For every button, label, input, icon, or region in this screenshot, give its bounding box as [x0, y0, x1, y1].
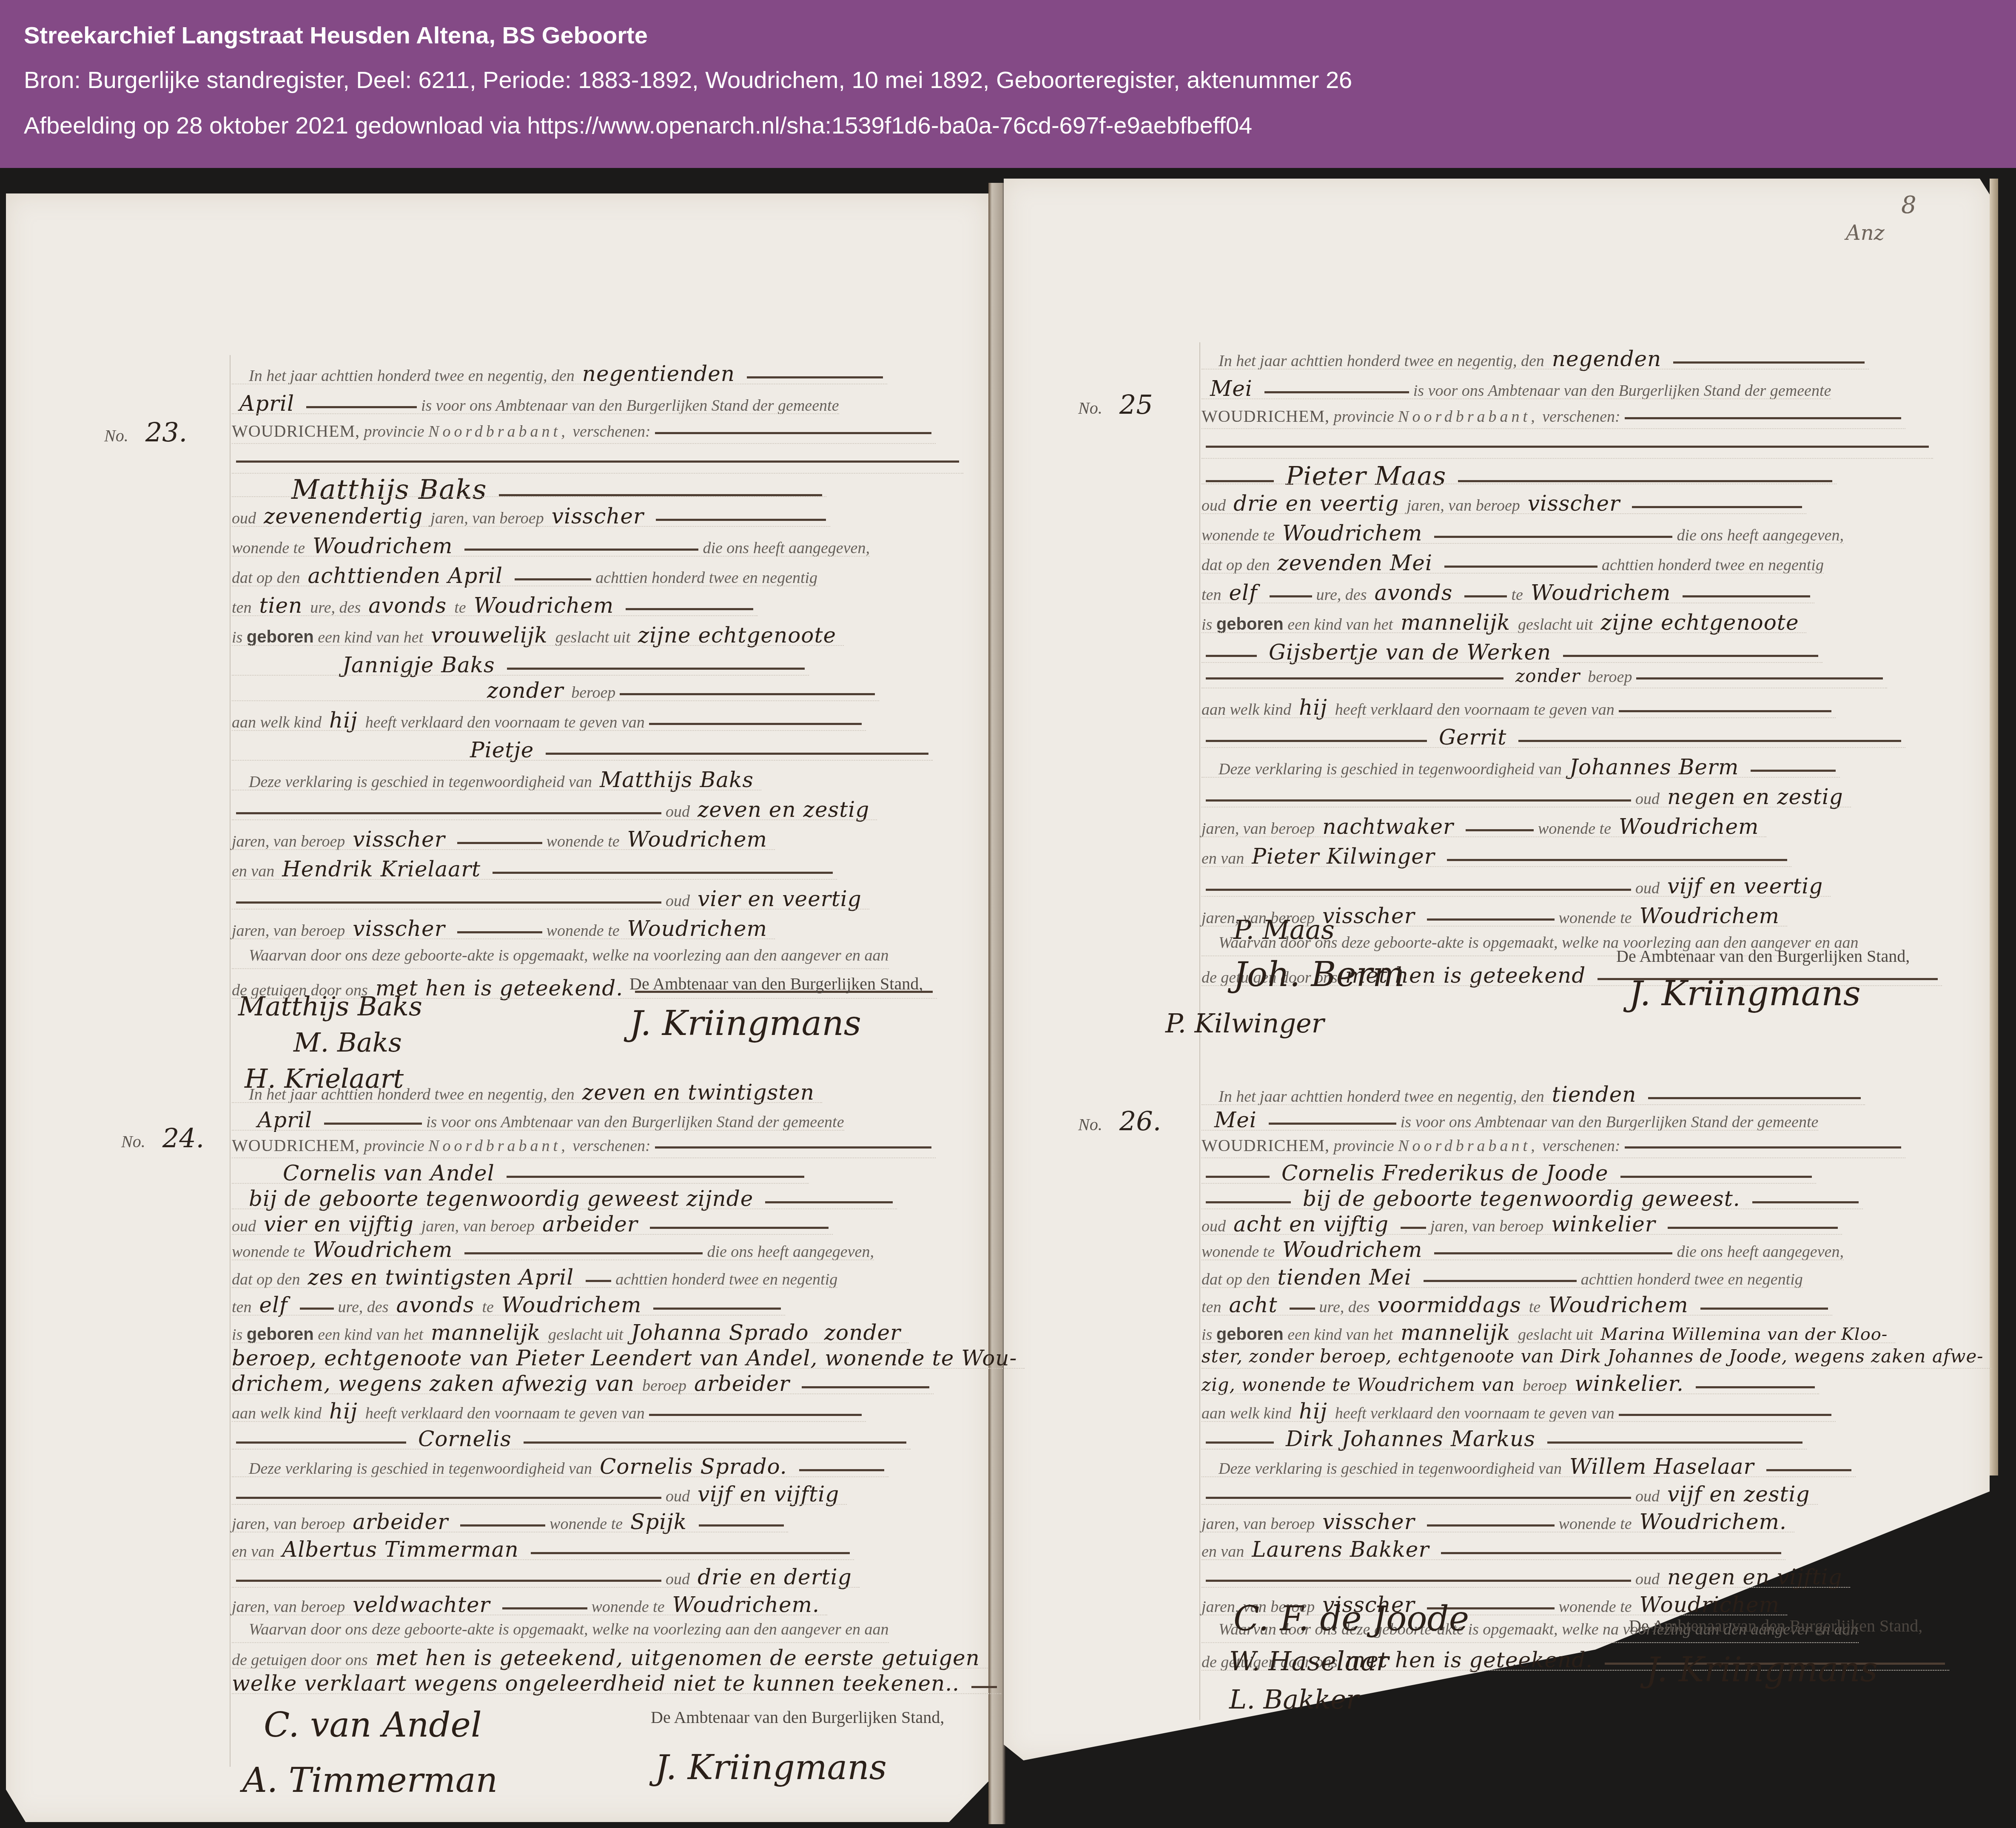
printed-text: provincie — [364, 1137, 424, 1155]
handwritten-entry: negen en vijftig — [1667, 1565, 1842, 1589]
form-line: In het jaar achttien honderd twee en neg… — [232, 361, 887, 387]
printed-text: jaren, van beroep — [232, 1515, 345, 1533]
form-line: Pietje — [232, 738, 933, 763]
fill-rule — [1424, 1280, 1577, 1282]
printed-text: en van — [232, 1543, 274, 1561]
download-note: Afbeelding op 28 oktober 2021 gedownload… — [24, 111, 1252, 139]
handwritten-entry: vijf en zestig — [1667, 1482, 1810, 1507]
printed-text: ure, des — [338, 1298, 389, 1316]
printed-text: en van — [1202, 1543, 1244, 1561]
fill-rule — [464, 1252, 703, 1254]
printed-text: WOUDRICHEM, — [232, 421, 360, 441]
fill-rule — [1270, 595, 1312, 597]
handwritten-entry: Mei — [1214, 1108, 1257, 1132]
printed-text: jaren, van beroep — [1202, 1515, 1315, 1533]
fill-rule — [236, 1497, 661, 1499]
form-line: In het jaar achttien honderd twee en neg… — [232, 1080, 822, 1106]
form-line: jaren, van beroeparbeiderwonende teSpijk — [232, 1510, 788, 1535]
handwritten-entry: tienden — [1552, 1082, 1637, 1107]
fill-rule — [457, 931, 542, 933]
handwritten-entry: vrouwelijk — [431, 623, 548, 648]
form-line: is geboren een kind van hetmannelijkgesl… — [232, 1320, 908, 1346]
form-line: wonende teWoudrichemdie ons heeft aangeg… — [232, 534, 870, 559]
printed-text: provincie — [364, 423, 424, 441]
printed-text: geboren — [1216, 1325, 1284, 1344]
handwritten-entry: Woudrichem. — [1640, 1510, 1787, 1534]
printed-text: te — [1529, 1298, 1540, 1316]
printed-text: een kind van het — [1287, 616, 1393, 634]
form-line: wonende teWoudrichemdie ons heeft aangeg… — [232, 1237, 874, 1263]
handwritten-entry: nachtwaker — [1322, 814, 1454, 839]
handwritten-entry: zeven en twintigsten — [582, 1080, 814, 1105]
printed-text: jaren, van beroep — [232, 833, 345, 850]
handwritten-entry: drie en veertig — [1233, 491, 1399, 516]
fill-rule — [765, 1201, 893, 1203]
fill-rule — [655, 1146, 931, 1149]
handwritten-entry: Cornelis — [418, 1427, 512, 1451]
fill-rule — [1434, 1252, 1672, 1254]
printed-text: heeft verklaard den voornaam — [365, 714, 560, 731]
handwritten-entry: tienden Mei — [1277, 1265, 1411, 1290]
printed-text: wonende te — [1559, 1515, 1632, 1533]
fill-rule — [1620, 1176, 1812, 1178]
fill-rule — [1464, 595, 1507, 597]
fill-rule — [236, 1580, 661, 1582]
printed-text: wonende te — [592, 1598, 665, 1616]
printed-text: wonende te — [1202, 526, 1275, 544]
fill-rule — [524, 1441, 906, 1444]
signature-witness: Joh. Berm — [1233, 955, 1405, 994]
handwritten-entry: vier en vijftig — [264, 1212, 414, 1237]
printed-text: verschenen: — [572, 1137, 651, 1155]
record-number: No.25 — [1078, 389, 1153, 420]
handwritten-entry: veldwachter — [353, 1592, 490, 1617]
handwritten-entry: vijf en veertig — [1667, 874, 1823, 898]
printed-text: oud — [666, 1487, 690, 1505]
book-spine — [988, 183, 1005, 1824]
fill-rule — [1206, 1176, 1270, 1178]
fill-rule — [457, 842, 542, 844]
handwritten-entry: Cornelis van Andel — [283, 1161, 495, 1185]
form-line: aan welk kindhijheeft verklaard den voor… — [1202, 695, 1836, 721]
printed-text: een kind van het — [318, 1326, 423, 1344]
fill-rule — [650, 1227, 829, 1229]
fill-rule — [531, 1552, 850, 1554]
form-line: Meiis voor ons Ambtenaar van den Burgerl… — [1202, 1108, 1818, 1133]
handwritten-entry: avonds — [368, 593, 447, 618]
printed-text: aan welk kind — [1202, 701, 1291, 719]
fill-rule — [236, 1441, 406, 1444]
form-line: wonende teWoudrichemdie ons heeft aangeg… — [1202, 1237, 1844, 1263]
form-line: Meiis voor ons Ambtenaar van den Burgerl… — [1202, 376, 1831, 402]
signature-witness: W. Haselaar — [1229, 1646, 1389, 1677]
handwritten-entry: Laurens Bakker — [1252, 1537, 1429, 1562]
fill-rule — [1683, 595, 1810, 597]
page-number: 8 — [1901, 191, 1916, 219]
handwritten-entry: zig, wonende te Woudrichem van — [1202, 1374, 1515, 1395]
handwritten-entry: voormiddags — [1377, 1293, 1521, 1317]
printed-text: die ons heeft aangegeven, — [707, 1243, 874, 1261]
printed-text: Deze verklaring is geschied in tegenwoor… — [249, 1460, 592, 1478]
fill-rule — [1290, 1308, 1315, 1310]
handwritten-entry: negentienden — [582, 361, 735, 386]
handwritten-entry: welke verklaart wegens ongeleerdheid nie… — [232, 1671, 960, 1696]
printed-text: is — [1202, 1326, 1212, 1344]
fill-rule — [656, 519, 826, 521]
printed-text: is — [232, 628, 242, 646]
fill-rule — [493, 872, 833, 874]
form-line: de getuigen door onsmet hen is geteekend… — [232, 1646, 988, 1671]
printed-text: beroep — [1588, 668, 1632, 686]
signature-witness: C. van Andel — [264, 1705, 482, 1745]
printed-text: is voor ons Ambtenaar van den Burgerlijk… — [421, 397, 839, 415]
form-line: ster, zonder beroep, echtgenoote van Dir… — [1202, 1346, 1991, 1371]
archive-title: Streekarchief Langstraat Heusden Altena,… — [24, 21, 648, 49]
printed-text: wonende te — [547, 833, 620, 850]
printed-text: jaren, van beroep — [430, 509, 544, 527]
handwritten-entry: zonder — [824, 1320, 901, 1345]
form-line: en vanAlbertus Timmerman — [232, 1537, 854, 1563]
printed-text: wonende te — [232, 539, 305, 557]
form-line: Matthijs Baks — [232, 474, 826, 500]
printed-text: achttien honderd twee en negentig — [1581, 1271, 1803, 1288]
officer-signature: J. Kriingmans — [629, 1004, 861, 1043]
form-line: oudvier en veertig — [232, 887, 869, 912]
form-line: Deze verklaring is geschied in tegenwoor… — [232, 768, 761, 793]
fill-rule — [1696, 1386, 1815, 1388]
signature-witness: Matthijs Baks — [238, 991, 422, 1022]
printed-text: ten — [232, 1298, 251, 1316]
form-line: zonderberoep — [232, 678, 879, 704]
printed-text: geslacht uit — [548, 1326, 623, 1344]
handwritten-entry: Woudrichem — [1282, 521, 1422, 546]
printed-text: achttien honderd twee en negentig — [595, 569, 817, 587]
fill-rule — [1206, 446, 1929, 448]
fill-rule — [460, 1524, 545, 1527]
printed-text: die ons heeft aangegeven, — [703, 539, 870, 557]
handwritten-entry: Johannes Berm — [1569, 755, 1739, 779]
form-line: jaren, van beroepveldwachterwonende teWo… — [232, 1592, 827, 1618]
handwritten-entry: Pieter Kilwinger — [1252, 844, 1435, 869]
handwritten-entry: visscher — [353, 827, 445, 852]
printed-text: is — [1202, 616, 1212, 634]
handwritten-entry: Albertus Timmerman — [282, 1537, 519, 1562]
fill-rule — [1668, 1227, 1838, 1229]
printed-text: geboren — [247, 1325, 314, 1344]
form-line: Aprilis voor ons Ambtenaar van den Burge… — [232, 1108, 844, 1133]
handwritten-entry: Mei — [1210, 376, 1253, 401]
handwritten-entry: drichem, wegens zaken afwezig van — [232, 1371, 635, 1396]
handwritten-entry: Woudrichem — [627, 827, 767, 852]
form-line: WOUDRICHEM, provincie Noordbrabant, vers… — [1202, 406, 1905, 432]
printed-text: en van — [1202, 850, 1244, 867]
form-line: tentienure, desavondsteWoudrichem — [232, 593, 757, 619]
officer-signature: J. Kriingmans — [1646, 1650, 1878, 1689]
left-margin-rule — [230, 355, 231, 1767]
form-line: oudvijf en vijftig — [232, 1482, 847, 1507]
printed-text: Waarvan door ons deze geboorte-akte is o… — [249, 947, 889, 964]
form-line: dat op denachttienden Aprilachttien hond… — [232, 563, 817, 589]
form-line — [1202, 436, 1933, 461]
handwritten-entry: zijne echtgenoote — [638, 623, 836, 648]
printed-text: jaren, van beroep — [232, 922, 345, 940]
form-line: Cornelis Frederikus de Joode — [1202, 1161, 1816, 1186]
fill-rule — [499, 494, 822, 496]
printed-text: te geven van — [564, 1404, 645, 1422]
handwritten-entry: Gijsbertje van de Werken — [1269, 640, 1551, 665]
form-line: Cornelis — [232, 1427, 911, 1452]
handwritten-entry: avonds — [396, 1293, 474, 1317]
form-line: is geboren een kind van hetmannelijkgesl… — [1202, 1320, 1895, 1346]
record-number-label: No. — [121, 1132, 145, 1151]
form-line: jaren, van beroepvisscherwonende teWoudr… — [232, 916, 775, 942]
printed-text: wonende te — [1202, 1243, 1275, 1261]
printed-text: een kind van het — [318, 628, 423, 646]
handwritten-entry: arbeider — [542, 1212, 638, 1237]
form-line: Dirk Johannes Markus — [1202, 1427, 1807, 1452]
handwritten-entry: visscher — [552, 504, 644, 529]
handwritten-entry: elf — [1229, 580, 1257, 605]
fill-rule — [626, 608, 753, 610]
printed-text: is voor ons Ambtenaar van den Burgerlijk… — [426, 1113, 844, 1131]
handwritten-entry: negen en zestig — [1667, 785, 1843, 809]
fill-rule — [1206, 1201, 1291, 1203]
printed-text: de getuigen door ons — [232, 1651, 368, 1669]
record-number-value: 23. — [145, 417, 188, 448]
archive-header: Streekarchief Langstraat Heusden Altena,… — [0, 0, 2016, 168]
handwritten-entry: Jannigje Baks — [342, 653, 495, 677]
form-line: WOUDRICHEM, provincie Noordbrabant, vers… — [232, 1135, 936, 1161]
officer-label: De Ambtenaar van den Burgerlijken Stand, — [651, 1707, 944, 1727]
printed-text: jaren, van beroep — [232, 1598, 345, 1616]
fill-rule — [236, 812, 661, 814]
form-line: Gerrit — [1202, 725, 1905, 751]
form-line: tenelfure, desavondsteWoudrichem — [232, 1293, 785, 1318]
form-line: oudvijf en zestig — [1202, 1482, 1818, 1507]
form-line: dat op denzes en twintigsten Aprilachtti… — [232, 1265, 837, 1291]
fill-rule — [1673, 361, 1865, 364]
printed-text: Deze verklaring is geschied in tegenwoor… — [249, 773, 592, 791]
form-line: oudvier en vijftigjaren, van beroeparbei… — [232, 1212, 833, 1237]
record-number-value: 26. — [1119, 1106, 1162, 1137]
printed-text: geslacht uit — [1518, 1326, 1593, 1344]
fill-rule — [620, 693, 875, 695]
form-line: beroep, echtgenoote van Pieter Leendert … — [232, 1346, 1025, 1371]
form-line: Deze verklaring is geschied in tegenwoor… — [1202, 1454, 1856, 1480]
form-line: dat op dentienden Meiachttien honderd tw… — [1202, 1265, 1803, 1291]
fill-rule — [507, 668, 805, 670]
handwritten-entry: mannelijk — [431, 1320, 541, 1345]
form-line: wonende teWoudrichemdie ons heeft aangeg… — [1202, 521, 1844, 546]
handwritten-entry: visscher — [1528, 491, 1620, 516]
handwritten-entry: zeven en zestig — [698, 797, 869, 822]
printed-text: In het jaar achttien honderd twee en neg… — [249, 367, 575, 385]
fill-rule — [586, 1280, 611, 1282]
handwritten-entry: arbeider — [694, 1371, 790, 1396]
source-citation: Bron: Burgerlijke standregister, Deel: 6… — [24, 66, 1352, 94]
fill-rule — [1458, 480, 1832, 482]
printed-text: oud — [232, 509, 256, 527]
printed-text: jaren, van beroep — [1430, 1217, 1543, 1235]
printed-text: Noordbrabant, — [428, 1137, 569, 1155]
handwritten-entry: bij de geboorte tegenwoordig geweest. — [1303, 1186, 1740, 1211]
handwritten-entry: zijne echtgenoote — [1600, 610, 1799, 635]
handwritten-entry: hij — [1299, 1399, 1327, 1424]
printed-text: te — [1511, 586, 1523, 604]
handwritten-entry: zevenendertig — [264, 504, 423, 529]
fill-rule — [1648, 1097, 1861, 1099]
handwritten-entry: April — [257, 1108, 312, 1132]
form-line: welke verklaart wegens ongeleerdheid nie… — [232, 1671, 1001, 1697]
handwritten-entry: Matthijs Baks — [291, 474, 487, 506]
fill-rule — [649, 1414, 862, 1416]
printed-text: dat op den — [232, 569, 300, 587]
printed-text: wonende te — [1538, 820, 1611, 838]
form-line: jaren, van beroepnachtwakerwonende teWou… — [1202, 814, 1766, 840]
form-line: bij de geboorte tegenwoordig geweest. — [1202, 1186, 1863, 1212]
printed-text: is — [232, 1326, 242, 1344]
form-line: Waarvan door ons deze geboorte-akte is o… — [232, 946, 889, 972]
fill-rule — [306, 406, 417, 408]
handwritten-entry: acht en vijftig — [1233, 1212, 1389, 1237]
record-number-label: No. — [1078, 398, 1102, 418]
printed-text: achttien honderd twee en negentig — [615, 1271, 837, 1288]
page-edge — [1990, 179, 1998, 1475]
printed-text: dat op den — [1202, 556, 1270, 574]
printed-text: oud — [1635, 790, 1660, 808]
officer-label: De Ambtenaar van den Burgerlijken Stand, — [1629, 1616, 1922, 1636]
form-line: In het jaar achttien honderd twee en neg… — [1202, 347, 1869, 372]
form-line: en vanLaurens Bakker — [1202, 1537, 1785, 1563]
handwritten-entry: Woudrichem — [313, 1237, 453, 1262]
fill-rule — [1206, 799, 1631, 802]
fill-rule — [1619, 710, 1831, 712]
printed-text: en van — [232, 862, 274, 880]
fill-rule — [802, 1386, 929, 1388]
form-line: WOUDRICHEM, provincie Noordbrabant, vers… — [1202, 1135, 1905, 1161]
form-line: tenelfure, desavondsteWoudrichem — [1202, 580, 1814, 606]
handwritten-entry: Woudrichem — [627, 916, 767, 941]
handwritten-entry: Woudrichem — [1531, 580, 1671, 605]
printed-text: heeft verklaard den voornaam — [1335, 1404, 1530, 1422]
fill-rule — [507, 1176, 804, 1178]
printed-text: Noordbrabant, — [428, 423, 569, 441]
printed-text: oud — [1635, 1570, 1660, 1588]
printed-text: is voor ons Ambtenaar van den Burgerlijk… — [1401, 1113, 1819, 1131]
printed-text: WOUDRICHEM, — [1202, 407, 1330, 426]
printed-text: geslacht uit — [555, 628, 630, 646]
record-number-label: No. — [104, 426, 128, 445]
printed-text: oud — [1635, 1487, 1660, 1505]
printed-text: wonende te — [547, 922, 620, 940]
form-line: WOUDRICHEM, provincie Noordbrabant, vers… — [232, 421, 936, 446]
form-line: ouddrie en dertig — [232, 1565, 860, 1590]
form-line: jaren, van beroepvisscherwonende teWoudr… — [232, 827, 775, 853]
handwritten-entry: Cornelis Frederikus de Joode — [1281, 1161, 1609, 1185]
printed-text: wonende te — [1559, 909, 1632, 927]
fill-rule — [236, 461, 959, 463]
handwritten-entry: elf — [259, 1293, 288, 1317]
fill-rule — [655, 432, 931, 434]
form-line: Deze verklaring is geschied in tegenwoor… — [1202, 755, 1840, 780]
fill-rule — [1625, 417, 1901, 419]
handwritten-entry: hij — [1299, 695, 1327, 720]
fill-rule — [1427, 918, 1555, 921]
record-number: No.24. — [121, 1123, 204, 1154]
handwritten-entry: beroep, echtgenoote van Pieter Leendert … — [232, 1346, 1017, 1370]
fill-rule — [1444, 566, 1597, 568]
printed-text: oud — [1202, 1217, 1226, 1235]
handwritten-entry: Matthijs Baks — [600, 768, 754, 792]
handwritten-entry: winkelier — [1551, 1212, 1655, 1237]
printed-text: geslacht uit — [1518, 616, 1593, 634]
printed-text: dat op den — [1202, 1271, 1270, 1288]
form-line: is geboren een kind van hetvrouwelijkges… — [232, 623, 844, 648]
fill-rule — [236, 901, 661, 904]
printed-text: beroep — [571, 684, 615, 702]
fill-rule — [1206, 1441, 1274, 1444]
printed-text: te — [454, 599, 466, 617]
handwritten-entry: Gerrit — [1439, 725, 1506, 750]
handwritten-entry: visscher — [1322, 1510, 1415, 1534]
handwritten-entry: Dirk Johannes Markus — [1286, 1427, 1535, 1451]
printed-text: Deze verklaring is geschied in tegenwoor… — [1219, 1460, 1562, 1478]
fill-rule — [1466, 829, 1534, 831]
printed-text: oud — [666, 892, 690, 910]
record-number-label: No. — [1078, 1115, 1102, 1134]
handwritten-entry: zevenden Mei — [1277, 551, 1432, 575]
fill-rule — [1269, 1123, 1396, 1125]
handwritten-entry: Cornelis Sprado. — [600, 1454, 787, 1479]
printed-text: te — [482, 1298, 493, 1316]
fill-rule — [515, 578, 591, 580]
printed-text: Noordbrabant, — [1398, 408, 1538, 426]
printed-text: die ons heeft aangegeven, — [1677, 1243, 1844, 1261]
printed-text: WOUDRICHEM, — [232, 1136, 360, 1155]
printed-text: jaren, van beroep — [421, 1217, 535, 1235]
form-line: oudacht en vijftigjaren, van beroepwinke… — [1202, 1212, 1842, 1237]
form-line: Pieter Maas — [1202, 461, 1837, 487]
handwritten-entry: zonder — [1515, 665, 1580, 686]
printed-text: provincie — [1333, 1137, 1394, 1155]
printed-text: oud — [1635, 879, 1660, 897]
fill-rule — [799, 1469, 884, 1471]
fill-rule — [1206, 1497, 1631, 1499]
printed-text: oud — [666, 803, 690, 821]
signature-witness: C. F. de Joode — [1233, 1599, 1469, 1638]
printed-text: Deze verklaring is geschied in tegenwoor… — [1219, 760, 1562, 778]
printed-text: ure, des — [310, 599, 361, 617]
handwritten-entry: Johanna Sprado — [631, 1320, 809, 1345]
form-line: drichem, wegens zaken afwezig vanberoepa… — [232, 1371, 934, 1397]
fill-rule — [464, 549, 698, 551]
fill-rule — [1547, 1441, 1802, 1444]
form-line: dat op denzevenden Meiachttien honderd t… — [1202, 551, 1824, 576]
fill-rule — [1447, 859, 1787, 861]
printed-text: provincie — [1333, 408, 1394, 426]
fill-rule — [1206, 480, 1274, 482]
form-line: jaren, van beroepvisscherwonende teWoudr… — [1202, 1510, 1794, 1535]
handwritten-entry: bij de geboorte tegenwoordig geweest zij… — [249, 1186, 753, 1211]
printed-text: ten — [1202, 586, 1221, 604]
handwritten-entry: hij — [329, 1399, 358, 1424]
handwritten-entry: mannelijk — [1401, 1320, 1510, 1345]
form-line: zonderberoep — [1202, 665, 1887, 691]
printed-text: Waarvan door ons deze geboorte-akte is o… — [249, 1620, 889, 1638]
form-line — [232, 451, 963, 476]
fill-rule — [699, 1524, 784, 1527]
record-number-value: 25 — [1119, 389, 1153, 420]
